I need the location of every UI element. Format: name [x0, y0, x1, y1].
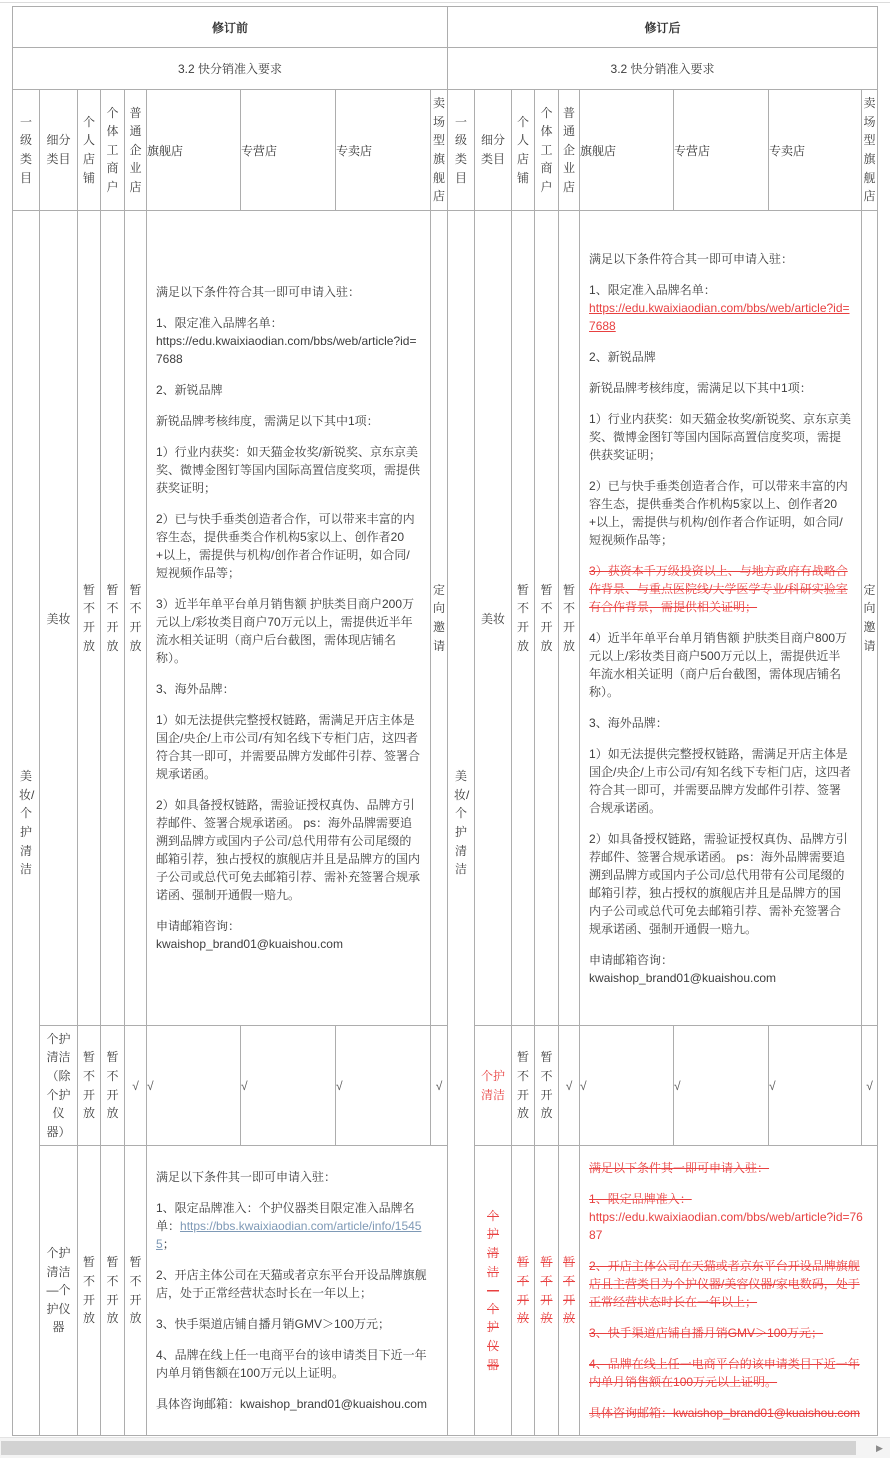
status-label: 暂不开放 — [540, 1253, 554, 1327]
after-header-marketplace-flagship: 卖场型旗舰店 — [862, 90, 878, 211]
after-pc-personal-status: 暂不开放 — [512, 1026, 535, 1146]
after-header-subcategory: 细分类目 — [475, 90, 512, 211]
after-header-exclusive: 专卖店 — [769, 90, 862, 211]
before-pc-individual-status: 暂不开放 — [101, 1026, 125, 1146]
before-beauty-subcategory: 美妆 — [40, 211, 78, 1026]
before-header-ordinary-enterprise: 普通企业店 — [125, 90, 147, 211]
header-label: 个体工商户 — [106, 104, 120, 197]
header-label: 一级类目 — [19, 113, 33, 187]
scroll-right-arrow-icon[interactable]: ▶ — [872, 1441, 887, 1456]
after-device-individual-status: 暂不开放 — [535, 1146, 559, 1436]
horizontal-scrollbar-thumb[interactable] — [1, 1441, 856, 1455]
after-section-title: 3.2 快分销准入要求 — [448, 48, 878, 90]
before-device-requirements-text: 满足以下条件其一即可申请入驻：1、限定品牌准入：个护仪器类目限定准入品牌名单：h… — [147, 1162, 447, 1419]
text-run: 2）如具备授权链路，需验证授权真伪、品牌方引荐邮件、签署合规承诺函。 ps：海外… — [589, 832, 848, 936]
text-run: 4、品牌在线上任一电商平台的该申请类目下近一年内单月销售额在100万元以上证明。 — [589, 1357, 860, 1389]
status-label: 暂不开放 — [516, 581, 530, 655]
text-run: 3）近半年单平台单月销售额 护肤类目商户200万元以上/彩妆类目商户70万元以上… — [156, 597, 414, 665]
before-pc-ordinary-check: √ — [125, 1026, 147, 1146]
header-label: 卖场型旗舰店 — [432, 94, 446, 206]
after-title: 修订后 — [448, 7, 878, 48]
before-device-individual-status: 暂不开放 — [101, 1146, 125, 1436]
text-run: 2、开店主体公司在天猫或者京东平台开设品牌旗舰店，处于正常经营状态时长在一年以上… — [156, 1268, 427, 1300]
header-label: 细分类目 — [45, 131, 72, 168]
before-beauty-requirements-cell: 满足以下条件符合其一即可申请入驻：1、限定准入品牌名单： https://edu… — [147, 211, 431, 1026]
status-label: 暂不开放 — [540, 581, 554, 655]
text-run: 2、新锐品牌 — [589, 350, 656, 364]
text-run: 新锐品牌考核纬度，需满足以下其中1项： — [589, 381, 812, 395]
url-link[interactable]: https://bbs.kwaixiaodian.com/article/inf… — [156, 1219, 421, 1251]
status-label: 暂不开放 — [540, 1048, 554, 1122]
before-beauty-ordinary-status: 暂不开放 — [125, 211, 147, 1026]
status-label: 暂不开放 — [562, 1253, 576, 1327]
header-label: 个人店铺 — [516, 113, 530, 187]
text-run: 1）如无法提供完整授权链路，需满足开店主体是国企/央企/上市公司/有知名线下专柜… — [589, 747, 851, 815]
header-label: 个体工商户 — [540, 104, 554, 197]
text-run: 申请邮箱咨询： kwaishop_brand01@kuaishou.com — [156, 919, 343, 951]
after-pc-exclusive-check: √ — [769, 1026, 862, 1146]
text-run: 1）行业内获奖：如天猫金妆奖/新锐奖、京东京美奖、微博金图钉等国内国际高置信度奖… — [156, 445, 420, 495]
after-device-subcategory: 个护清洁—个护仪器 — [475, 1146, 512, 1436]
text-run: 申请邮箱咨询： kwaishop_brand01@kuaishou.com — [589, 953, 776, 985]
before-device-personal-status: 暂不开放 — [78, 1146, 101, 1436]
text-run: 新锐品牌考核纬度，需满足以下其中1项： — [156, 414, 379, 428]
before-header-marketplace-flagship: 卖场型旗舰店 — [431, 90, 448, 211]
status-label: 暂不开放 — [516, 1253, 530, 1327]
status-label: 暂不开放 — [562, 581, 576, 655]
text-run: 2）已与快手垂类创造者合作，可以带来丰富的内容生态，提供垂类合作机构5家以上、创… — [156, 512, 415, 580]
before-pc-marketplace-check: √ — [431, 1026, 448, 1146]
status-label: 定向邀请 — [863, 581, 877, 655]
before-beauty-marketplace-status: 定向邀请 — [431, 211, 448, 1026]
text-run: 1）行业内获奖：如天猫金妆奖/新锐奖、京东京美奖、微博金图钉等国内国际高置信度奖… — [589, 412, 851, 462]
header-label: 普通企业店 — [129, 104, 143, 197]
subcategory-label: 个护清洁（除个护仪器） — [45, 1030, 72, 1142]
after-header-category: 一级类目 — [448, 90, 475, 211]
after-header-ordinary-enterprise: 普通企业店 — [559, 90, 580, 211]
text-run: 2）如具备授权链路，需验证授权真伪、品牌方引荐邮件、签署合规承诺函。 ps：海外… — [156, 798, 420, 902]
before-header-category: 一级类目 — [13, 90, 40, 211]
after-device-ordinary-status: 暂不开放 — [559, 1146, 580, 1436]
before-category-cell: 美妆/个护清洁 — [13, 211, 40, 1436]
after-device-requirements-cell: 满足以下条件其一即可申请入驻：1、限定品牌准入： https://edu.kwa… — [580, 1146, 878, 1436]
after-pc-ordinary-check: √ — [559, 1026, 580, 1146]
text-run: 满足以下条件符合其一即可申请入驻： — [156, 285, 360, 299]
revision-comparison-table: 修订前 修订后 3.2 快分销准入要求 3.2 快分销准入要求 一级类目 细分类… — [12, 6, 878, 1436]
before-title: 修订前 — [13, 7, 448, 48]
status-label: 暂不开放 — [129, 581, 143, 655]
after-device-personal-status: 暂不开放 — [512, 1146, 535, 1436]
after-beauty-individual-status: 暂不开放 — [535, 211, 559, 1026]
after-header-personal-shop: 个人店铺 — [512, 90, 535, 211]
horizontal-scrollbar: ▶ — [0, 1437, 890, 1458]
text-run: ； — [163, 1237, 175, 1251]
status-label: 暂不开放 — [129, 1253, 143, 1327]
before-header-individual-business: 个体工商户 — [101, 90, 125, 211]
status-label: 暂不开放 — [82, 581, 96, 655]
header-label: 卖场型旗舰店 — [863, 94, 877, 206]
status-label: 暂不开放 — [82, 1253, 96, 1327]
before-pc-franchise-check: √ — [241, 1026, 336, 1146]
category-label: 美妆/个护清洁 — [19, 767, 33, 879]
text-run: 1、限定准入品牌名单： https://edu.kwaixiaodian.com… — [156, 316, 416, 366]
after-beauty-requirements-cell: 满足以下条件符合其一即可申请入驻：1、限定准入品牌名单： https://edu… — [580, 211, 862, 1026]
after-pc-franchise-check: √ — [674, 1026, 769, 1146]
text-run: 满足以下条件其一即可申请入驻： — [156, 1170, 336, 1184]
after-header-individual-business: 个体工商户 — [535, 90, 559, 211]
before-device-subcategory: 个护清洁—个护仪器 — [40, 1146, 78, 1436]
text-run: 3、快手渠道店铺自播月销GMV＞100万元； — [589, 1326, 823, 1340]
after-pc-subcategory: 个护清洁 — [475, 1026, 512, 1146]
subcategory-label: 个护清洁—个护仪器 — [45, 1244, 72, 1337]
text-run: 3、海外品牌： — [156, 682, 235, 696]
text-run: 1）如无法提供完整授权链路，需满足开店主体是国企/央企/上市公司/有知名线下专柜… — [156, 713, 420, 781]
before-header-subcategory: 细分类目 — [40, 90, 78, 211]
before-header-exclusive: 专卖店 — [336, 90, 431, 211]
text-run: 具体咨询邮箱：kwaishop_brand01@kuaishou.com — [156, 1397, 427, 1411]
text-run: 4、品牌在线上任一电商平台的该申请类目下近一年内单月销售额在100万元以上证明。 — [156, 1348, 427, 1380]
before-device-ordinary-status: 暂不开放 — [125, 1146, 147, 1436]
before-pc-exclusive-check: √ — [336, 1026, 431, 1146]
after-pc-marketplace-check: √ — [862, 1026, 878, 1146]
after-device-requirements-text: 满足以下条件其一即可申请入驻：1、限定品牌准入： https://edu.kwa… — [580, 1153, 877, 1428]
status-label: 暂不开放 — [106, 1048, 120, 1122]
after-pc-flagship-check: √ — [580, 1026, 674, 1146]
after-beauty-subcategory: 美妆 — [475, 211, 512, 1026]
before-beauty-personal-status: 暂不开放 — [78, 211, 101, 1026]
url-link[interactable]: https://edu.kwaixiaodian.com/bbs/web/art… — [589, 301, 849, 333]
header-label: 个人店铺 — [82, 113, 96, 187]
status-label: 暂不开放 — [106, 1253, 120, 1327]
text-run: 1、限定品牌准入： — [589, 1192, 692, 1206]
after-header-flagship: 旗舰店 — [580, 90, 674, 211]
status-label: 暂不开放 — [82, 1048, 96, 1122]
text-run: https://edu.kwaixiaodian.com/bbs/web/art… — [589, 1210, 863, 1242]
before-device-requirements-cell: 满足以下条件其一即可申请入驻：1、限定品牌准入：个护仪器类目限定准入品牌名单：h… — [147, 1146, 448, 1436]
page-top-divider — [0, 2, 890, 3]
category-label: 美妆/个护清洁 — [454, 767, 468, 879]
before-beauty-requirements-text: 满足以下条件符合其一即可申请入驻：1、限定准入品牌名单： https://edu… — [147, 277, 430, 959]
text-run: 3、海外品牌： — [589, 716, 668, 730]
text-run: 4）近半年单平台单月销售额 护肤类目商户800万元以上/彩妆类目商户500万元以… — [589, 631, 847, 699]
text-run: 满足以下条件其一即可申请入驻： — [589, 1161, 769, 1175]
text-run: 2）已与快手垂类创造者合作，可以带来丰富的内容生态，提供垂类合作机构5家以上、创… — [589, 479, 848, 547]
status-label: 定向邀请 — [432, 581, 446, 655]
after-pc-individual-status: 暂不开放 — [535, 1026, 559, 1146]
header-label: 一级类目 — [454, 113, 468, 187]
text-run: 2、新锐品牌 — [156, 383, 223, 397]
text-run: 具体咨询邮箱：kwaishop_brand01@kuaishou.com — [589, 1406, 860, 1420]
text-run: 3、快手渠道店铺自播月销GMV＞100万元； — [156, 1317, 390, 1331]
before-section-title: 3.2 快分销准入要求 — [13, 48, 448, 90]
before-beauty-individual-status: 暂不开放 — [101, 211, 125, 1026]
text-run: 2、开店主体公司在天猫或者京东平台开设品牌旗舰店且主营类目为个护仪器/美容仪器/… — [589, 1259, 860, 1309]
after-beauty-ordinary-status: 暂不开放 — [559, 211, 580, 1026]
before-pc-personal-status: 暂不开放 — [78, 1026, 101, 1146]
after-header-franchise: 专营店 — [674, 90, 769, 211]
before-pc-subcategory: 个护清洁（除个护仪器） — [40, 1026, 78, 1146]
before-header-personal-shop: 个人店铺 — [78, 90, 101, 211]
after-beauty-personal-status: 暂不开放 — [512, 211, 535, 1026]
before-header-franchise: 专营店 — [241, 90, 336, 211]
subcategory-label: 个护清洁 — [480, 1067, 507, 1104]
after-beauty-requirements-text: 满足以下条件符合其一即可申请入驻：1、限定准入品牌名单： https://edu… — [580, 244, 861, 993]
header-label: 普通企业店 — [562, 104, 576, 197]
status-label: 暂不开放 — [106, 581, 120, 655]
text-run: 满足以下条件符合其一即可申请入驻： — [589, 252, 793, 266]
after-category-cell: 美妆/个护清洁 — [448, 211, 475, 1436]
status-label: 暂不开放 — [516, 1048, 530, 1122]
after-beauty-marketplace-status: 定向邀请 — [862, 211, 878, 1026]
text-run: 1、限定准入品牌名单： — [589, 283, 716, 297]
before-header-flagship: 旗舰店 — [147, 90, 241, 211]
header-label: 细分类目 — [480, 131, 507, 168]
text-run: 3）获资本千万级投资以上、与地方政府有战略合作背景、与重点医院线/大学医学专业/… — [589, 564, 848, 614]
before-pc-flagship-check: √ — [147, 1026, 241, 1146]
subcategory-label: 个护清洁—个护仪器 — [486, 1207, 500, 1374]
